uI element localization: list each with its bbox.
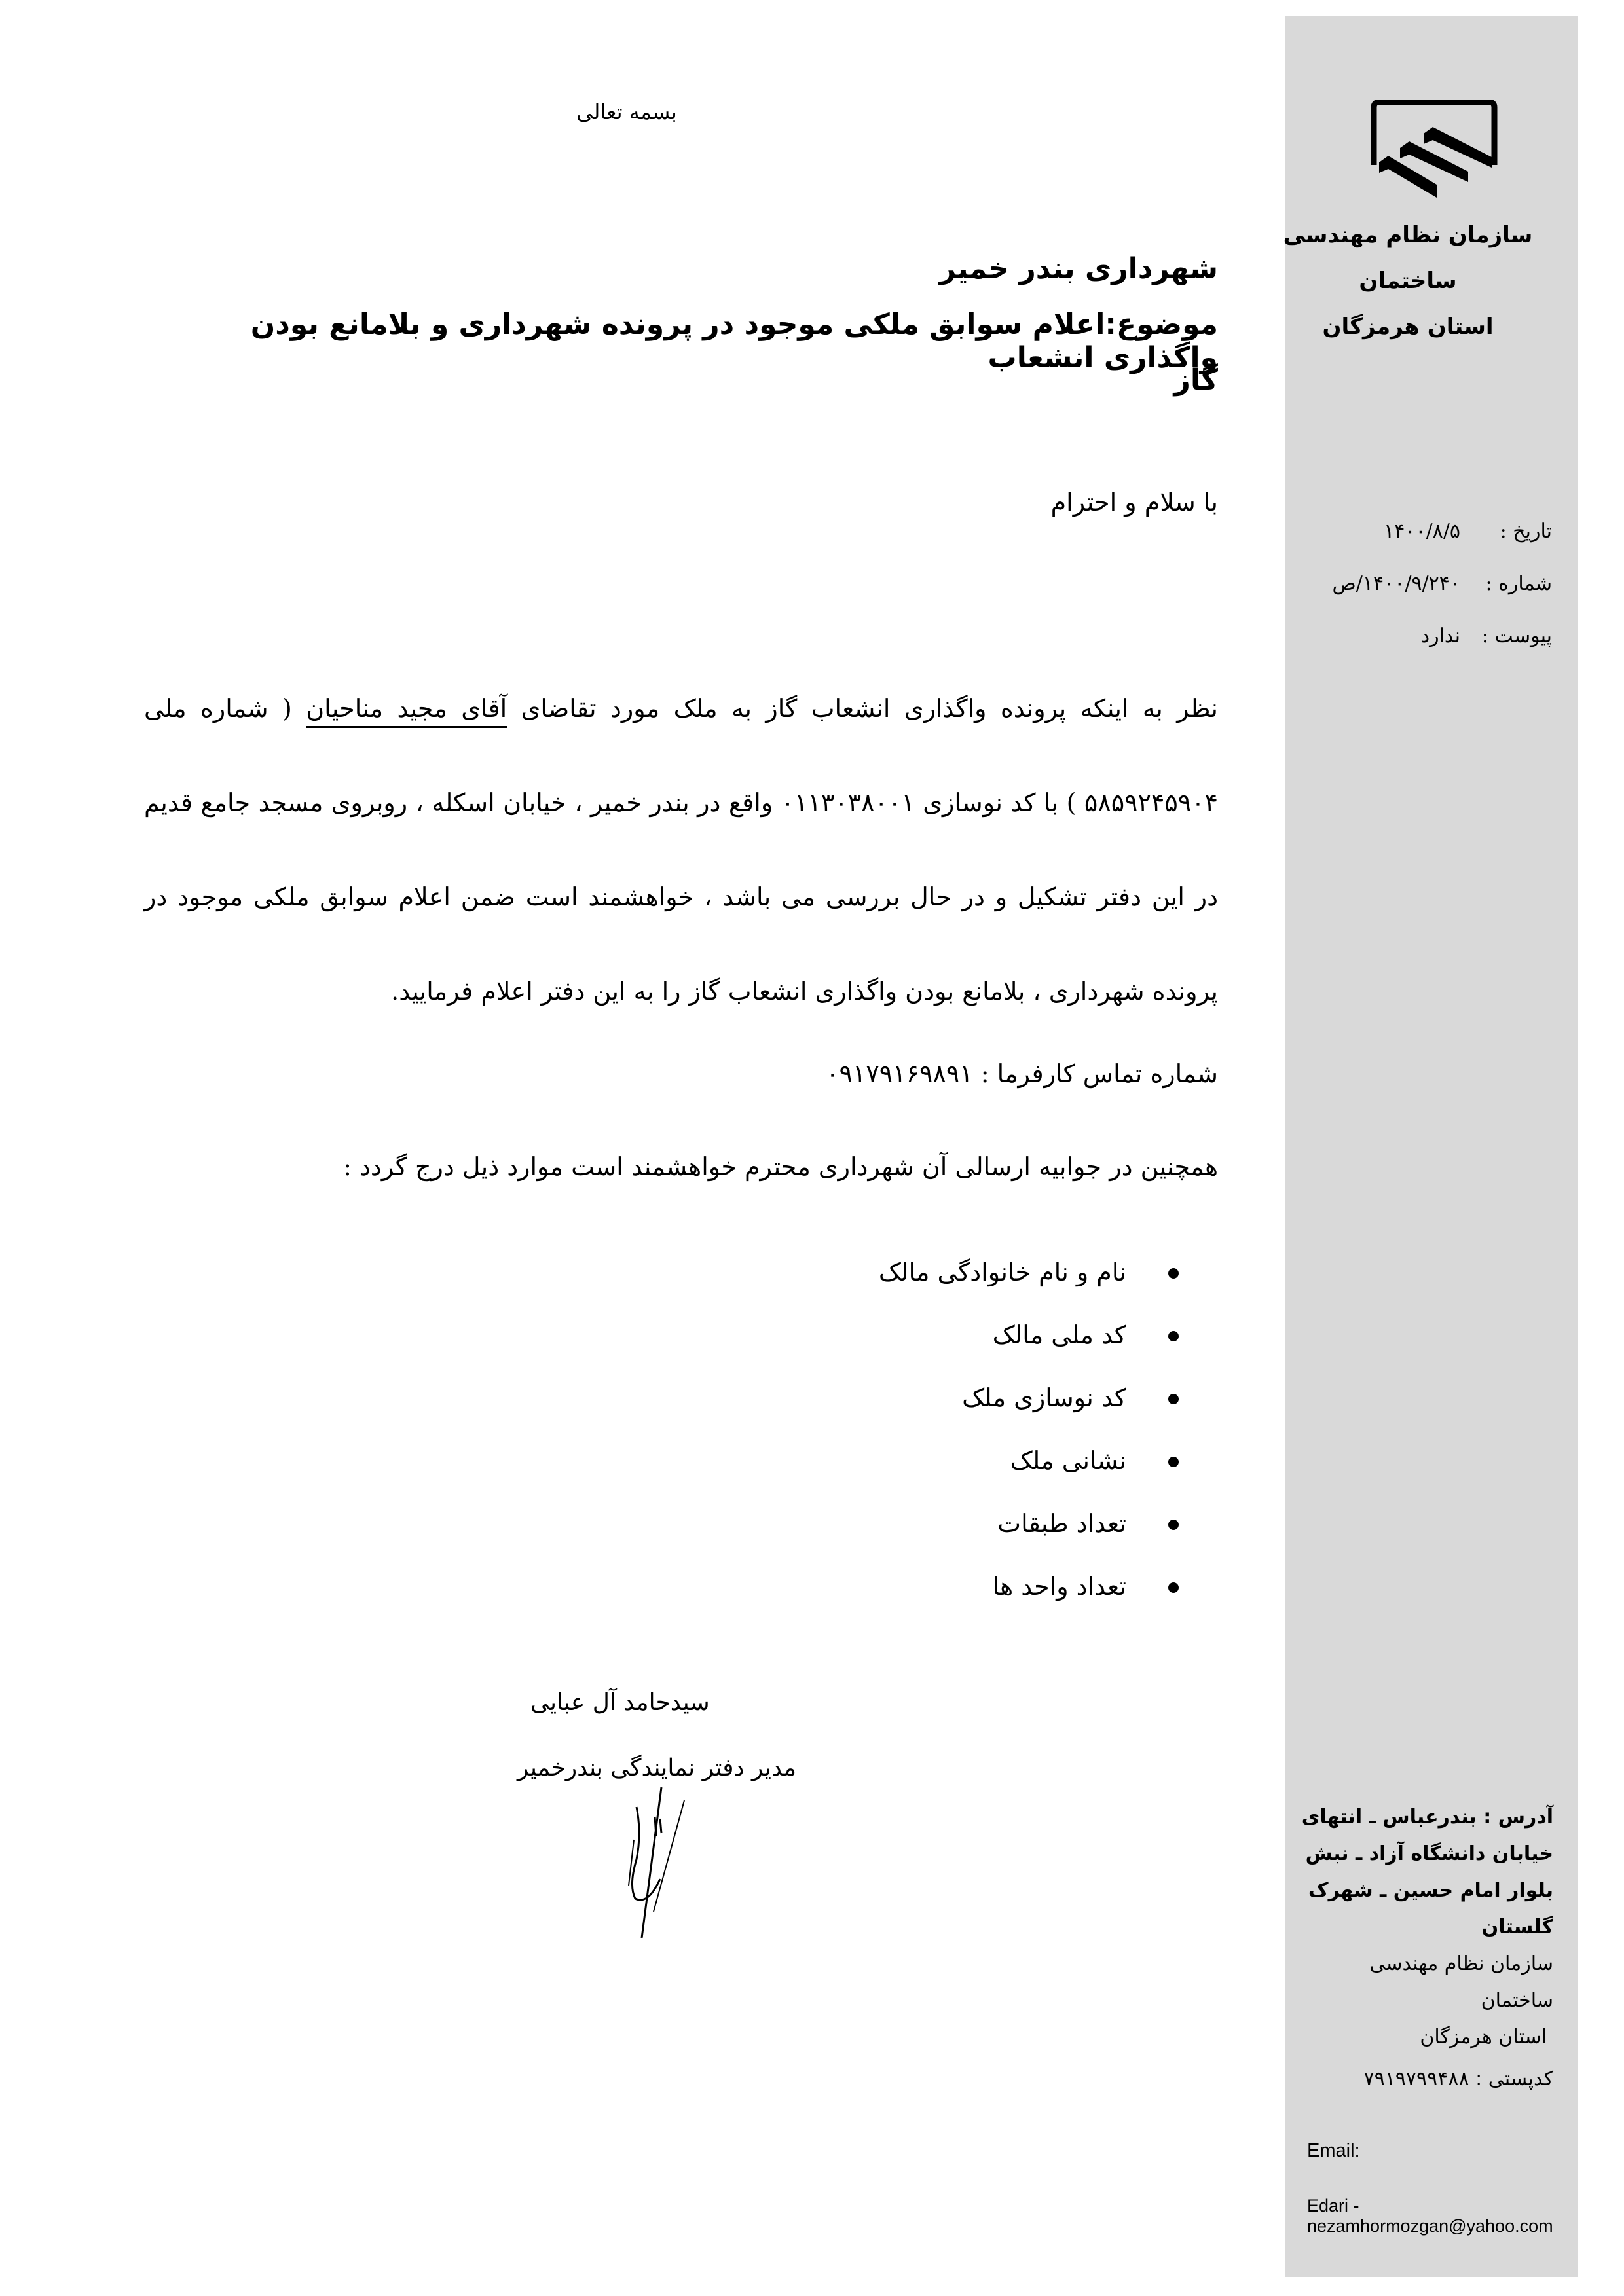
date-label: تاریخ :: [1500, 520, 1552, 543]
handwritten-signature-icon: [622, 1781, 701, 1938]
paragraph-part2: ( شماره ملی ۵۸۵۹۲۴۵۹۰۴ ) با کد نوسازی ۰۱…: [144, 694, 1218, 1006]
list-item: کد نوسازی ملک: [879, 1366, 1179, 1429]
attachment-label: پیوست :: [1482, 625, 1552, 647]
contact-number: شماره تماس کارفرما : ۰۹۱۷۹۱۶۹۸۹۱: [826, 1059, 1218, 1088]
list-item-text: تعداد واحد ها: [993, 1572, 1126, 1601]
body-paragraph: نظر به اینکه پرونده واگذاری انشعاب گاز ب…: [144, 661, 1218, 1038]
bullet-icon: [1168, 1331, 1179, 1341]
address-line2: خیابان دانشگاه آزاد ـ نبش: [1291, 1836, 1553, 1872]
greeting: با سلام و احترام: [1051, 488, 1218, 517]
number-label: شماره :: [1486, 572, 1552, 595]
email-address[interactable]: Edari - nezamhormozgan@yahoo.com: [1307, 2196, 1578, 2236]
list-item-text: کد نوسازی ملک: [962, 1383, 1126, 1412]
address-org-line1: سازمان نظام مهندسی ساختمان: [1291, 1946, 1553, 2019]
required-items-list: نام و نام خانوادگی مالک کد ملی مالک کد ن…: [879, 1241, 1179, 1618]
list-item-text: تعداد طبقات: [997, 1509, 1126, 1538]
list-item: کد ملی مالک: [879, 1303, 1179, 1366]
bullet-icon: [1168, 1457, 1179, 1467]
subject-line2: گاز: [144, 363, 1218, 397]
org-name: سازمان نظام مهندسی ساختمان استان هرمزگان: [1264, 212, 1552, 350]
meta-date: تاریخ : ۱۴۰۰/۸/۵: [1290, 520, 1552, 553]
signatory-title: مدیر دفتر نمایندگی بندرخمیر: [517, 1755, 796, 1781]
address-line4: گلستان: [1291, 1909, 1553, 1946]
bullet-icon: [1168, 1520, 1179, 1530]
list-item: نام و نام خانوادگی مالک: [879, 1241, 1179, 1303]
recipient: شهرداری بندر خمیر: [144, 252, 1218, 285]
list-item: نشانی ملک: [879, 1429, 1179, 1492]
address-line1: آدرس : بندرعباس ـ انتهای: [1291, 1799, 1553, 1836]
basmala: بسمه تعالی: [576, 100, 677, 124]
list-item-text: کد ملی مالک: [993, 1321, 1126, 1349]
attachment-value: ندارد: [1421, 625, 1460, 647]
meta-attachment: پیوست : ندارد: [1290, 625, 1552, 657]
bullet-icon: [1168, 1582, 1179, 1593]
engineering-org-logo-icon: [1369, 100, 1500, 204]
request-intro: همچنین در جوابیه ارسالی آن شهرداری محترم…: [343, 1152, 1218, 1181]
list-item: تعداد طبقات: [879, 1492, 1179, 1555]
address-line3: بلوار امام حسین ـ شهرک: [1291, 1872, 1553, 1909]
list-item: تعداد واحد ها: [879, 1555, 1179, 1618]
list-item-text: نشانی ملک: [1010, 1446, 1126, 1475]
list-item-text: نام و نام خانوادگی مالک: [879, 1258, 1126, 1286]
letterhead-side-panel: سازمان نظام مهندسی ساختمان استان هرمزگان…: [1285, 16, 1578, 2277]
org-name-line2: استان هرمزگان: [1264, 304, 1552, 350]
email-label: Email:: [1307, 2140, 1360, 2162]
signatory-name: سیدحامد آل عبایی: [530, 1689, 710, 1716]
number-value: ۱۴۰۰/۹/۲۴۰/ص: [1332, 572, 1460, 595]
postal-code: کدپستی : ۷۹۱۹۷۹۹۴۸۸: [1291, 2061, 1553, 2098]
org-name-line1: سازمان نظام مهندسی ساختمان: [1264, 212, 1552, 304]
date-value: ۱۴۰۰/۸/۵: [1384, 520, 1460, 543]
address-org-line2: استان هرمزگان: [1291, 2019, 1553, 2056]
applicant-name: آقای مجید مناحیان: [306, 694, 507, 723]
meta-number: شماره : ۱۴۰۰/۹/۲۴۰/ص: [1290, 572, 1552, 605]
paragraph-part1: نظر به اینکه پرونده واگذاری انشعاب گاز ب…: [507, 694, 1218, 723]
address-block: آدرس : بندرعباس ـ انتهای خیابان دانشگاه …: [1291, 1799, 1553, 2098]
bullet-icon: [1168, 1268, 1179, 1279]
bullet-icon: [1168, 1394, 1179, 1404]
